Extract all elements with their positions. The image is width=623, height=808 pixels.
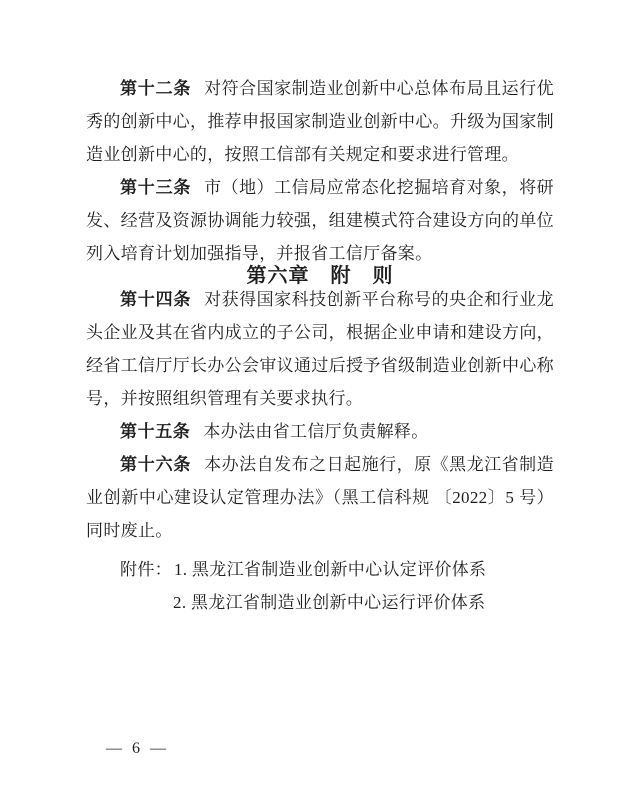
page-number: — 6 — <box>106 740 169 758</box>
paragraph-article-13: 第十三条市（地）工信局应常态化挖掘培育对象，将研发、经营及资源协调能力较强，组建… <box>86 171 554 270</box>
article-15-text: 本办法由省工信厅负责解释。 <box>203 422 428 441</box>
article-12-number: 第十二条 <box>120 79 191 98</box>
document-page: 第十二条对符合国家制造业创新中心总体布局且运行优秀的创新中心，推荐申报国家制造业… <box>0 0 623 808</box>
paragraph-article-16: 第十六条本办法自发布之日起施行，原《黑龙江省制造业创新中心建设认定管理办法》（黑… <box>86 448 554 547</box>
article-14-number: 第十四条 <box>120 290 191 309</box>
article-13-number: 第十三条 <box>120 178 191 197</box>
paragraph-article-12: 第十二条对符合国家制造业创新中心总体布局且运行优秀的创新中心，推荐申报国家制造业… <box>86 72 554 171</box>
attachments-label: 附件： <box>120 560 172 579</box>
article-16-number: 第十六条 <box>120 455 191 474</box>
article-15-number: 第十五条 <box>120 422 190 441</box>
attachments-line-1: 附件：1. 黑龙江省制造业创新中心认定评价体系 <box>120 553 554 586</box>
document-body: 第十二条对符合国家制造业创新中心总体布局且运行优秀的创新中心，推荐申报国家制造业… <box>86 72 554 619</box>
paragraph-article-14: 第十四条对获得国家科技创新平台称号的央企和行业龙头企业及其在省内成立的子公司，根… <box>86 283 554 415</box>
attachment-item-1: 1. 黑龙江省制造业创新中心认定评价体系 <box>174 560 486 579</box>
attachments-block: 附件：1. 黑龙江省制造业创新中心认定评价体系 2. 黑龙江省制造业创新中心运行… <box>86 553 554 619</box>
paragraph-article-15: 第十五条本办法由省工信厅负责解释。 <box>86 415 554 448</box>
attachment-item-2: 2. 黑龙江省制造业创新中心运行评价体系 <box>173 586 554 619</box>
